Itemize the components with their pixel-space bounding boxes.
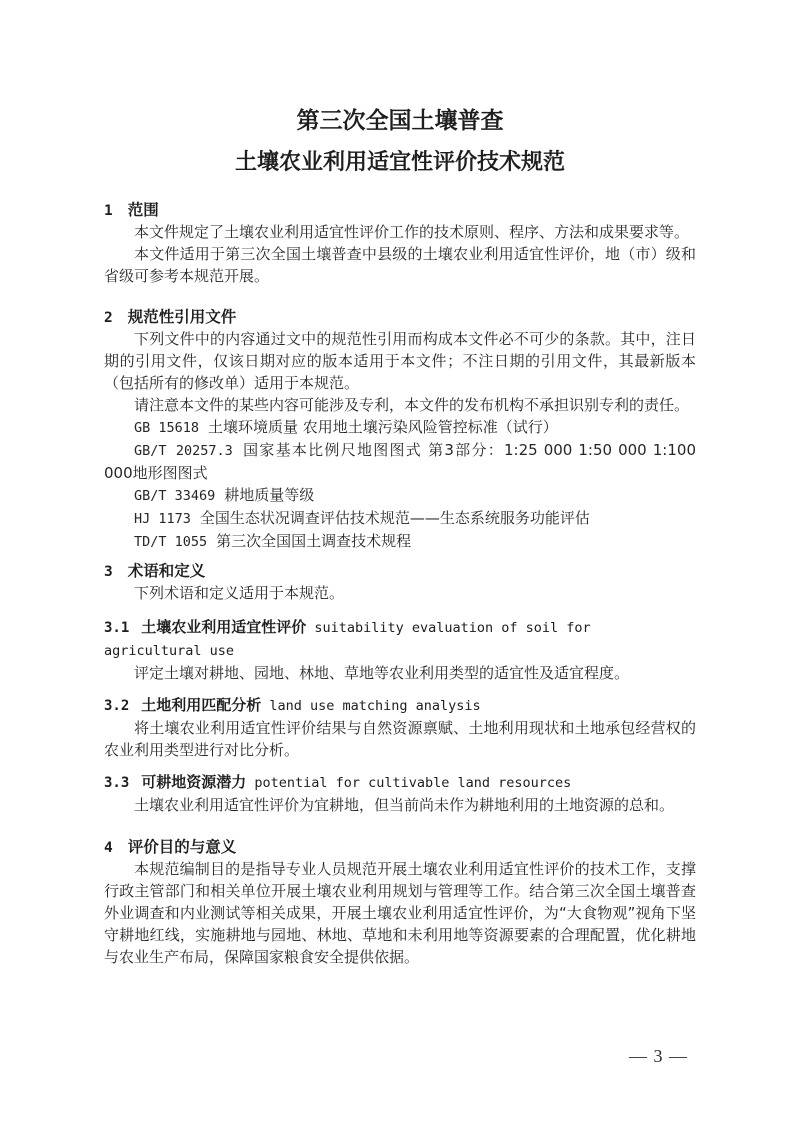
reference-title: 土壤环境质量 农用地土壤污染风险管控标准（试行） xyxy=(208,418,558,436)
section-3-title: 术语和定义 xyxy=(128,562,206,580)
section-4-title: 评价目的与意义 xyxy=(128,838,237,856)
term-3-1-heading: 3.1土壤农业利用适宜性评价suitability evaluation of … xyxy=(104,616,696,662)
term-3-2-heading: 3.2土地利用匹配分析land use matching analysis xyxy=(104,694,696,717)
doc-title-line1: 第三次全国土壤普查 xyxy=(104,0,696,136)
reference-code: GB 15618 xyxy=(134,420,199,436)
paragraph: 本文件适用于第三次全国土壤普查中县级的土壤农业利用适宜性评价，地（市）级和省级可… xyxy=(104,243,696,287)
section-2-heading: 2规范性引用文件 xyxy=(104,307,696,328)
paragraph: 下列文件中的内容通过文中的规范性引用而构成本文件必不可少的条款。其中，注日期的引… xyxy=(104,328,696,394)
section-3-number: 3 xyxy=(104,562,113,582)
term-definition: 土壤农业利用适宜性评价为宜耕地，但当前尚未作为耕地利用的土地资源的总和。 xyxy=(104,794,696,816)
term-name-en: land use matching analysis xyxy=(269,698,480,714)
section-2-title: 规范性引用文件 xyxy=(128,308,237,326)
term-definition: 将土壤农业利用适宜性评价结果与自然资源禀赋、土地利用现状和土地承包经营权的农业利… xyxy=(104,717,696,761)
term-name-zh: 可耕地资源潜力 xyxy=(141,773,246,791)
paragraph: 请注意本文件的某些内容可能涉及专利，本文件的发布机构不承担识别专利的责任。 xyxy=(104,394,696,416)
reference-title: 全国生态状况调查评估技术规范——生态系统服务功能评估 xyxy=(200,509,590,527)
term-definition: 评定土壤对耕地、园地、林地、草地等农业利用类型的适宜性及适宜程度。 xyxy=(104,662,696,684)
reference-item: TD/T 1055第三次全国国土调查技术规程 xyxy=(104,530,696,553)
term-name-zh: 土壤农业利用适宜性评价 xyxy=(141,618,306,636)
paragraph: 本文件规定了土壤农业利用适宜性评价工作的技术原则、程序、方法和成果要求等。 xyxy=(104,221,696,243)
reference-code: GB/T 33469 xyxy=(134,488,215,504)
reference-item: HJ 1173全国生态状况调查评估技术规范——生态系统服务功能评估 xyxy=(104,507,696,530)
reference-item: GB/T 20257.3国家基本比例尺地图图式 第3部分：1:25 000 1:… xyxy=(104,439,696,484)
section-1-title: 范围 xyxy=(128,201,159,219)
section-2-number: 2 xyxy=(104,308,113,328)
term-name-en: potential for cultivable land resources xyxy=(254,775,571,791)
reference-title: 耕地质量等级 xyxy=(224,486,314,504)
term-number: 3.2 xyxy=(104,698,129,714)
document-page: 第三次全国土壤普查 土壤农业利用适宜性评价技术规范 1范围 本文件规定了土壤农业… xyxy=(0,0,800,1132)
term-name-zh: 土地利用匹配分析 xyxy=(141,696,261,714)
reference-item: GB 15618土壤环境质量 农用地土壤污染风险管控标准（试行） xyxy=(104,416,696,439)
term-number: 3.1 xyxy=(104,620,129,636)
reference-code: HJ 1173 xyxy=(134,511,191,527)
paragraph: 本规范编制目的是指导专业人员规范开展土壤农业利用适宜性评价的技术工作，支撑行政主… xyxy=(104,858,696,968)
doc-title-line2: 土壤农业利用适宜性评价技术规范 xyxy=(104,148,696,178)
reference-item: GB/T 33469耕地质量等级 xyxy=(104,484,696,507)
term-3-3-heading: 3.3可耕地资源潜力potential for cultivable land … xyxy=(104,771,696,794)
section-4-heading: 4评价目的与意义 xyxy=(104,837,696,858)
section-4-number: 4 xyxy=(104,838,113,858)
section-1-heading: 1范围 xyxy=(104,200,696,221)
section-1-number: 1 xyxy=(104,201,113,221)
reference-code: GB/T 20257.3 xyxy=(134,443,233,459)
terms-intro: 下列术语和定义适用于本规范。 xyxy=(104,582,696,604)
page-number: — 3 — xyxy=(629,1046,688,1067)
section-3-heading: 3术语和定义 xyxy=(104,561,696,582)
reference-code: TD/T 1055 xyxy=(134,534,207,550)
term-number: 3.3 xyxy=(104,775,129,791)
reference-title: 第三次全国国土调查技术规程 xyxy=(216,532,411,550)
